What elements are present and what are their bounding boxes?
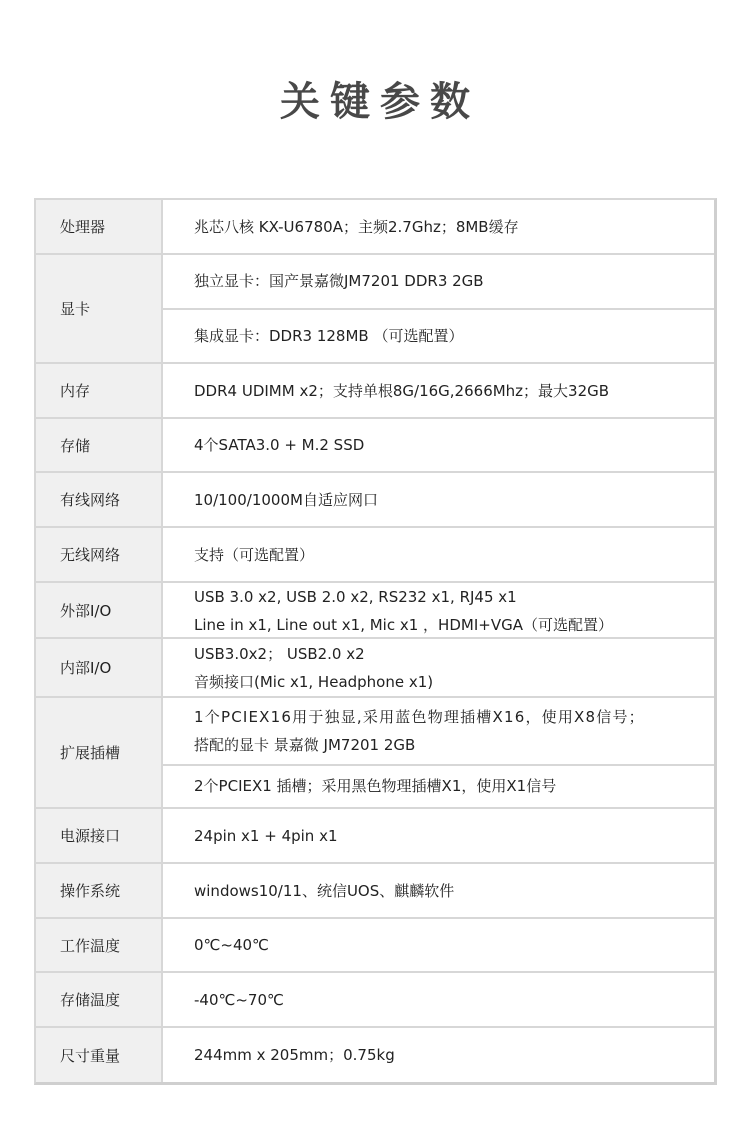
spec-values: -40℃~70℃: [163, 973, 714, 1026]
spec-values: USB3.0x2； USB2.0 x2音频接口(Mic x1, Headphon…: [163, 639, 714, 696]
spec-row: 操作系统windows10/11、统信UOS、麒麟软件: [36, 864, 714, 919]
spec-value-text: 10/100/1000M自适应网口: [194, 486, 706, 514]
spec-value-text: USB 3.0 x2, USB 2.0 x2, RS232 x1, RJ45 x…: [194, 583, 706, 611]
spec-row: 存储4个SATA3.0 + M.2 SSD: [36, 419, 714, 473]
spec-row: 电源接口24pin x1 + 4pin x1: [36, 809, 714, 864]
spec-value-cell: 0℃~40℃: [163, 919, 714, 971]
spec-value-cell: -40℃~70℃: [163, 973, 714, 1026]
spec-value-text: DDR4 UDIMM x2；支持单根8G/16G,2666Mhz；最大32GB: [194, 377, 706, 405]
spec-row: 处理器兆芯八核 KX-U6780A；主频2.7Ghz；8MB缓存: [36, 200, 714, 255]
spec-value-cell: 集成显卡：DDR3 128MB （可选配置）: [163, 308, 714, 362]
spec-value-cell: 24pin x1 + 4pin x1: [163, 809, 714, 862]
spec-values: 24pin x1 + 4pin x1: [163, 809, 714, 862]
spec-value-cell: 兆芯八核 KX-U6780A；主频2.7Ghz；8MB缓存: [163, 200, 714, 253]
spec-label: 外部I/O: [36, 583, 163, 637]
page-title: 关键参数: [0, 70, 750, 127]
spec-values: USB 3.0 x2, USB 2.0 x2, RS232 x1, RJ45 x…: [163, 583, 714, 637]
spec-values: 244mm x 205mm；0.75kg: [163, 1028, 714, 1082]
spec-value-text: 音频接口(Mic x1, Headphone x1): [194, 668, 706, 696]
spec-label: 操作系统: [36, 864, 163, 917]
spec-value-cell: USB 3.0 x2, USB 2.0 x2, RS232 x1, RJ45 x…: [163, 583, 714, 639]
spec-row: 显卡独立显卡：国产景嘉微JM7201 DDR3 2GB集成显卡：DDR3 128…: [36, 255, 714, 364]
spec-values: DDR4 UDIMM x2；支持单根8G/16G,2666Mhz；最大32GB: [163, 364, 714, 417]
spec-label: 内部I/O: [36, 639, 163, 696]
spec-row: 无线网络支持（可选配置）: [36, 528, 714, 583]
spec-label: 扩展插槽: [36, 698, 163, 807]
spec-row: 扩展插槽1个PCIEX16用于独显,采用蓝色物理插槽X16，使用X8信号；搭配的…: [36, 698, 714, 809]
spec-values: 10/100/1000M自适应网口: [163, 473, 714, 526]
spec-value-cell: 1个PCIEX16用于独显,采用蓝色物理插槽X16，使用X8信号；搭配的显卡 景…: [163, 698, 714, 764]
spec-value-text: -40℃~70℃: [194, 986, 706, 1014]
spec-value-text: 244mm x 205mm；0.75kg: [194, 1041, 706, 1069]
spec-value-text: windows10/11、统信UOS、麒麟软件: [194, 877, 706, 905]
spec-value-cell: DDR4 UDIMM x2；支持单根8G/16G,2666Mhz；最大32GB: [163, 364, 714, 417]
spec-value-text: Line in x1, Line out x1, Mic x1 ，HDMI+VG…: [194, 611, 706, 639]
spec-values: 独立显卡：国产景嘉微JM7201 DDR3 2GB集成显卡：DDR3 128MB…: [163, 255, 714, 362]
spec-row: 工作温度0℃~40℃: [36, 919, 714, 973]
spec-value-cell: 支持（可选配置）: [163, 528, 714, 581]
spec-label: 无线网络: [36, 528, 163, 581]
spec-label: 工作温度: [36, 919, 163, 971]
spec-value-text: 支持（可选配置）: [194, 541, 706, 569]
spec-value-text: 独立显卡：国产景嘉微JM7201 DDR3 2GB: [194, 267, 706, 295]
spec-value-cell: USB3.0x2； USB2.0 x2音频接口(Mic x1, Headphon…: [163, 639, 714, 696]
spec-value-text: 兆芯八核 KX-U6780A；主频2.7Ghz；8MB缓存: [194, 213, 706, 241]
spec-label: 电源接口: [36, 809, 163, 862]
spec-values: windows10/11、统信UOS、麒麟软件: [163, 864, 714, 917]
spec-value-text: 集成显卡：DDR3 128MB （可选配置）: [194, 322, 706, 350]
spec-values: 1个PCIEX16用于独显,采用蓝色物理插槽X16，使用X8信号；搭配的显卡 景…: [163, 698, 714, 807]
spec-value-text: 搭配的显卡 景嘉微 JM7201 2GB: [194, 731, 706, 759]
spec-row: 内部I/OUSB3.0x2； USB2.0 x2音频接口(Mic x1, Hea…: [36, 639, 714, 698]
spec-label: 存储: [36, 419, 163, 471]
spec-label: 内存: [36, 364, 163, 417]
spec-row: 外部I/OUSB 3.0 x2, USB 2.0 x2, RS232 x1, R…: [36, 583, 714, 639]
spec-table: 处理器兆芯八核 KX-U6780A；主频2.7Ghz；8MB缓存显卡独立显卡：国…: [34, 198, 717, 1085]
spec-row: 内存DDR4 UDIMM x2；支持单根8G/16G,2666Mhz；最大32G…: [36, 364, 714, 419]
spec-row: 尺寸重量244mm x 205mm；0.75kg: [36, 1028, 714, 1082]
spec-label: 尺寸重量: [36, 1028, 163, 1082]
spec-value-text: 24pin x1 + 4pin x1: [194, 822, 706, 850]
spec-value-cell: 4个SATA3.0 + M.2 SSD: [163, 419, 714, 471]
spec-label: 显卡: [36, 255, 163, 362]
spec-label: 有线网络: [36, 473, 163, 526]
spec-row: 存储温度-40℃~70℃: [36, 973, 714, 1028]
spec-value-cell: 244mm x 205mm；0.75kg: [163, 1028, 714, 1082]
spec-values: 支持（可选配置）: [163, 528, 714, 581]
spec-value-cell: 独立显卡：国产景嘉微JM7201 DDR3 2GB: [163, 255, 714, 308]
spec-value-text: 0℃~40℃: [194, 931, 706, 959]
spec-value-text: 4个SATA3.0 + M.2 SSD: [194, 431, 706, 459]
spec-values: 4个SATA3.0 + M.2 SSD: [163, 419, 714, 471]
spec-row: 有线网络10/100/1000M自适应网口: [36, 473, 714, 528]
spec-values: 0℃~40℃: [163, 919, 714, 971]
spec-value-text: 1个PCIEX16用于独显,采用蓝色物理插槽X16，使用X8信号；: [194, 703, 706, 731]
spec-values: 兆芯八核 KX-U6780A；主频2.7Ghz；8MB缓存: [163, 200, 714, 253]
spec-value-cell: windows10/11、统信UOS、麒麟软件: [163, 864, 714, 917]
spec-value-text: USB3.0x2； USB2.0 x2: [194, 640, 706, 668]
spec-label: 处理器: [36, 200, 163, 253]
spec-value-cell: 2个PCIEX1 插槽；采用黑色物理插槽X1，使用X1信号: [163, 764, 714, 807]
spec-value-text: 2个PCIEX1 插槽；采用黑色物理插槽X1，使用X1信号: [194, 772, 706, 800]
spec-value-cell: 10/100/1000M自适应网口: [163, 473, 714, 526]
spec-label: 存储温度: [36, 973, 163, 1026]
